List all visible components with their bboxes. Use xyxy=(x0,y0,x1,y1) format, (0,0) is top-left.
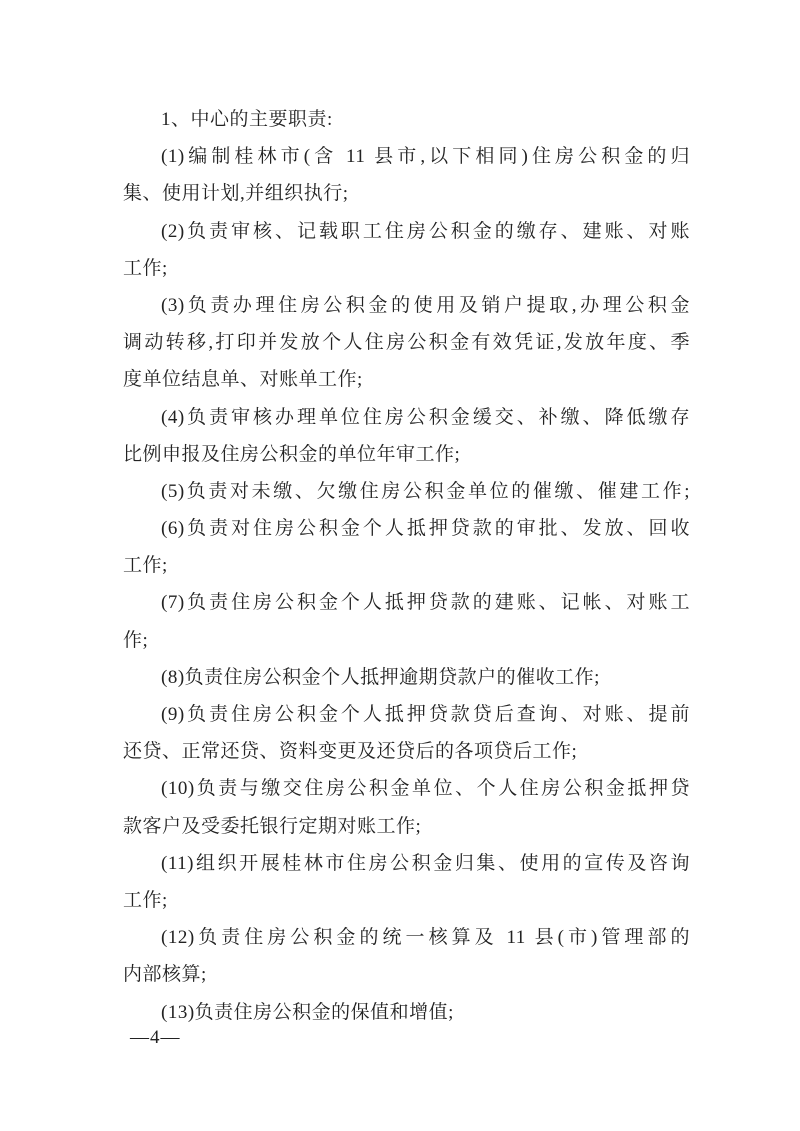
text-line: 工作; xyxy=(123,250,690,287)
text-line: 度单位结息单、对账单工作; xyxy=(123,361,690,398)
text-line: (6)负责对住房公积金个人抵押贷款的审批、发放、回收 xyxy=(123,510,690,547)
text-line: (11)组织开展桂林市住房公积金归集、使用的宣传及咨询 xyxy=(123,845,690,882)
text-line: 比例申报及住房公积金的单位年审工作; xyxy=(123,436,690,473)
text-line: 集、使用计划,并组织执行; xyxy=(123,175,690,212)
text-line: 款客户及受委托银行定期对账工作; xyxy=(123,808,690,845)
text-line: (13)负责住房公积金的保值和增值; xyxy=(123,994,690,1031)
text-line: 作; xyxy=(123,622,690,659)
text-line: (4)负责审核办理单位住房公积金缓交、补缴、降低缴存 xyxy=(123,399,690,436)
text-line: (8)负责住房公积金个人抵押逾期贷款户的催收工作; xyxy=(123,659,690,696)
document-page: 1、中心的主要职责:(1)编制桂林市(含 11 县市,以下相同)住房公积金的归集… xyxy=(0,0,800,1131)
text-line: 内部核算; xyxy=(123,956,690,993)
page-number: —4— xyxy=(130,1026,181,1050)
text-line: (7)负责住房公积金个人抵押贷款的建账、记帐、对账工 xyxy=(123,584,690,621)
text-line: (2)负责审核、记载职工住房公积金的缴存、建账、对账 xyxy=(123,213,690,250)
text-line: (5)负责对未缴、欠缴住房公积金单位的催缴、催建工作; xyxy=(123,473,690,510)
text-line: (10)负责与缴交住房公积金单位、个人住房公积金抵押贷 xyxy=(123,770,690,807)
text-line: 1、中心的主要职责: xyxy=(123,101,690,138)
text-line: (12)负责住房公积金的统一核算及 11 县(市)管理部的 xyxy=(123,919,690,956)
document-body: 1、中心的主要职责:(1)编制桂林市(含 11 县市,以下相同)住房公积金的归集… xyxy=(123,101,690,1031)
text-line: (3)负责办理住房公积金的使用及销户提取,办理公积金 xyxy=(123,287,690,324)
text-line: 调动转移,打印并发放个人住房公积金有效凭证,发放年度、季 xyxy=(123,324,690,361)
text-line: 还贷、正常还贷、资料变更及还贷后的各项贷后工作; xyxy=(123,733,690,770)
text-line: 工作; xyxy=(123,882,690,919)
text-line: 工作; xyxy=(123,547,690,584)
text-line: (9)负责住房公积金个人抵押贷款贷后查询、对账、提前 xyxy=(123,696,690,733)
text-line: (1)编制桂林市(含 11 县市,以下相同)住房公积金的归 xyxy=(123,138,690,175)
